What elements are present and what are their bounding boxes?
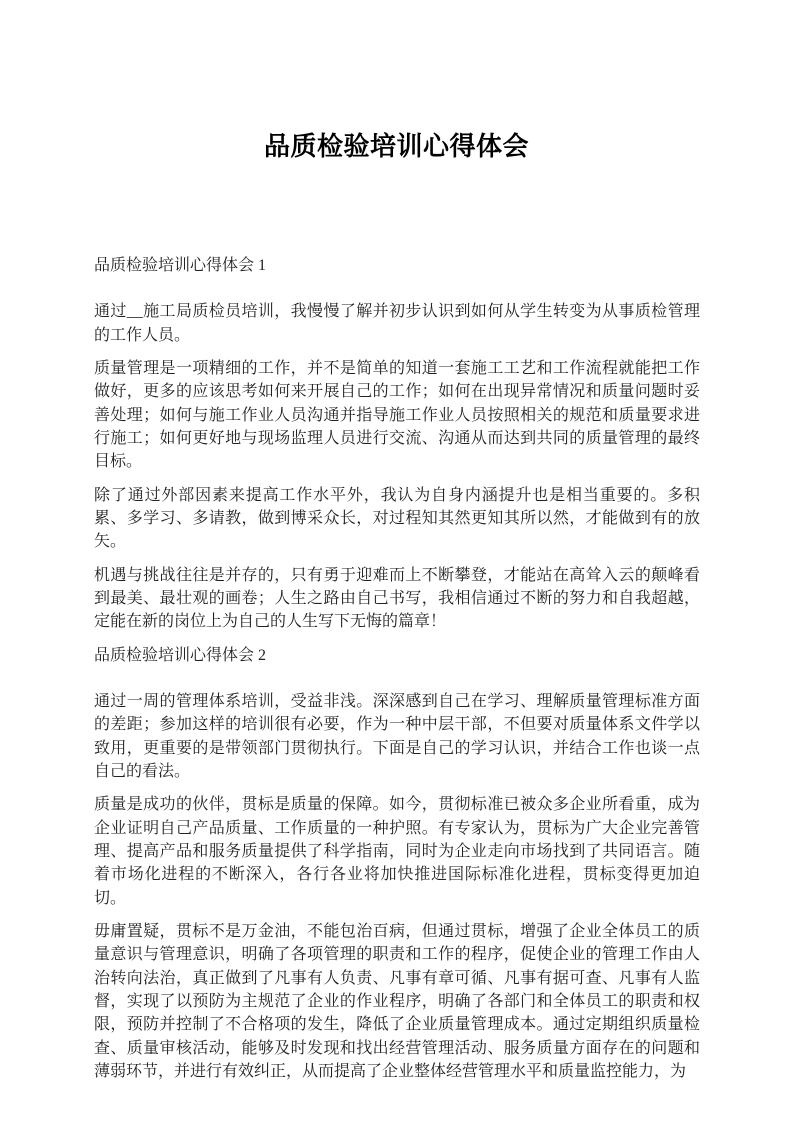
section-1-paragraph-4: 机遇与挑战往往是并存的，只有勇于迎难而上不断攀登，才能站在高耸入云的颠峰看到最美…	[94, 564, 700, 634]
section-2-paragraph-2: 质量是成功的伙伴，贯标是质量的保障。如今，贯彻标准已被众多企业所看重，成为企业证…	[94, 793, 700, 910]
document-body: 品质检验培训心得体会 1 通过__施工局质检员培训，我慢慢了解并初步认识到如何从…	[0, 254, 793, 1083]
section-2-paragraph-3: 毋庸置疑，贯标不是万金油，不能包治百病，但通过贯标，增强了企业全体员工的质量意识…	[94, 920, 700, 1083]
section-2-heading: 品质检验培训心得体会 2	[94, 644, 700, 667]
section-1-heading: 品质检验培训心得体会 1	[94, 254, 700, 277]
section-1-paragraph-3: 除了通过外部因素来提高工作水平外，我认为自身内涵提升也是相当重要的。多积累、多学…	[94, 484, 700, 554]
section-2-paragraph-1: 通过一周的管理体系培训，受益非浅。深深感到自己在学习、理解质量管理标准方面的差距…	[94, 690, 700, 783]
document-page: 品质检验培训心得体会 品质检验培训心得体会 1 通过__施工局质检员培训，我慢慢…	[0, 0, 793, 1122]
section-1-paragraph-1: 通过__施工局质检员培训，我慢慢了解并初步认识到如何从学生转变为从事质检管理的工…	[94, 300, 700, 347]
section-1-paragraph-2: 质量管理是一项精细的工作，并不是简单的知道一套施工工艺和工作流程就能把工作做好，…	[94, 357, 700, 474]
document-title: 品质检验培训心得体会	[0, 0, 793, 163]
